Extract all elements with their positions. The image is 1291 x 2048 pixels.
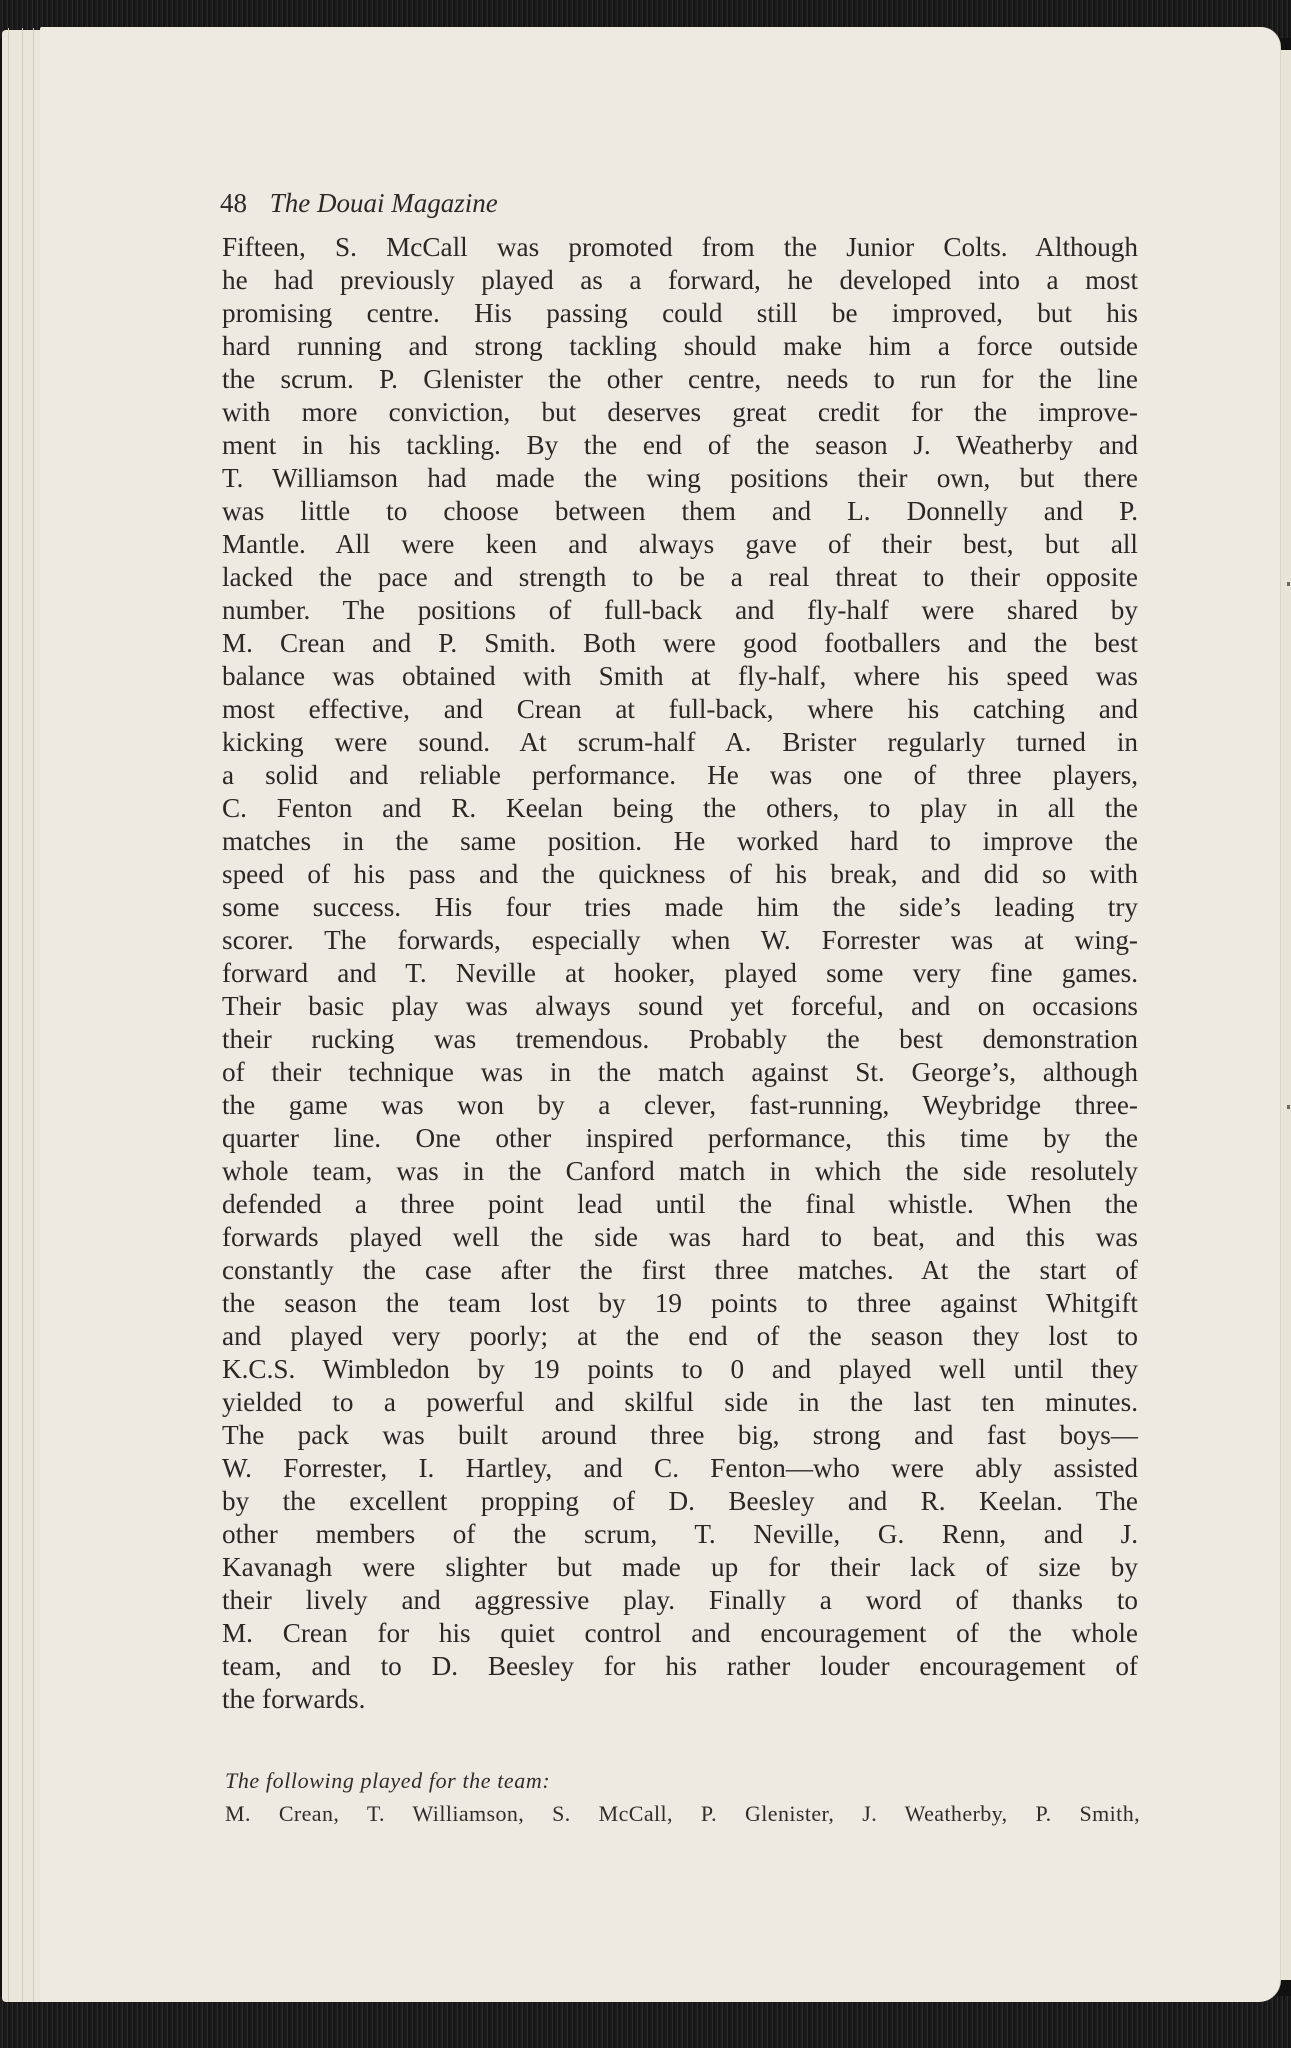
text-line: T. Williamson had made the wing position… — [222, 462, 1138, 495]
text-line: some success. His four tries made him th… — [222, 891, 1138, 924]
text-line: their rucking was tremendous. Probably t… — [222, 1023, 1138, 1056]
text-line: hard running and strong tackling should … — [222, 330, 1138, 363]
text-line: Mantle. All were keen and always gave of… — [222, 528, 1138, 561]
text-line: kicking were sound. At scrum-half A. Bri… — [222, 726, 1138, 759]
page-edge-line — [8, 28, 9, 2002]
page-edge-line — [33, 28, 34, 2002]
text-line: whole team, was in the Canford match in … — [222, 1155, 1138, 1188]
text-line: he had previously played as a forward, h… — [222, 264, 1138, 297]
text-line: K.C.S. Wimbledon by 19 points to 0 and p… — [222, 1353, 1138, 1386]
text-line: ment in his tackling. By the end of the … — [222, 429, 1138, 462]
text-line: promising centre. His passing could stil… — [222, 297, 1138, 330]
text-line: Their basic play was always sound yet fo… — [222, 990, 1138, 1023]
text-line: scorer. The forwards, especially when W.… — [222, 924, 1138, 957]
article-body: Fifteen, S. McCall was promoted from the… — [222, 231, 1138, 1716]
text-line: most effective, and Crean at full-back, … — [222, 693, 1138, 726]
page-number: 48 — [220, 188, 247, 218]
text-line: their lively and aggressive play. Finall… — [222, 1584, 1138, 1617]
text-line: M. Crean and P. Smith. Both were good fo… — [222, 627, 1138, 660]
scanned-page-spread: 48 The Douai Magazine Fifteen, S. McCall… — [0, 0, 1291, 2048]
text-line: team, and to D. Beesley for his rather l… — [222, 1650, 1138, 1683]
text-line: the game was won by a clever, fast-runni… — [222, 1089, 1138, 1122]
margin-speck — [1287, 1105, 1290, 1109]
text-line: Fifteen, S. McCall was promoted from the… — [222, 231, 1138, 264]
text-line: other members of the scrum, T. Neville, … — [222, 1518, 1138, 1551]
text-line: C. Fenton and R. Keelan being the others… — [222, 792, 1138, 825]
text-line: the scrum. P. Glenister the other centre… — [222, 363, 1138, 396]
text-line: speed of his pass and the quickness of h… — [222, 858, 1138, 891]
text-line: matches in the same position. He worked … — [222, 825, 1138, 858]
text-line: forwards played well the side was hard t… — [222, 1221, 1138, 1254]
text-line: the season the team lost by 19 points to… — [222, 1287, 1138, 1320]
text-line: constantly the case after the first thre… — [222, 1254, 1138, 1287]
text-line: Kavanagh were slighter but made up for t… — [222, 1551, 1138, 1584]
team-list-players: M. Crean, T. Williamson, S. McCall, P. G… — [225, 1801, 1140, 1827]
text-line: of their technique was in the match agai… — [222, 1056, 1138, 1089]
text-line: forward and T. Neville at hooker, played… — [222, 957, 1138, 990]
running-head: 48 The Douai Magazine — [220, 188, 498, 219]
text-line: yielded to a powerful and skilful side i… — [222, 1386, 1138, 1419]
text-line: defended a three point lead until the fi… — [222, 1188, 1138, 1221]
text-line: W. Forrester, I. Hartley, and C. Fenton—… — [222, 1452, 1138, 1485]
text-line: balance was obtained with Smith at fly-h… — [222, 660, 1138, 693]
book-binding-bottom — [0, 1996, 1291, 2048]
text-line: was little to choose between them and L.… — [222, 495, 1138, 528]
text-line: M. Crean for his quiet control and encou… — [222, 1617, 1138, 1650]
text-line: by the excellent propping of D. Beesley … — [222, 1485, 1138, 1518]
text-line: quarter line. One other inspired perform… — [222, 1122, 1138, 1155]
publication-title: The Douai Magazine — [270, 188, 498, 218]
text-line: with more conviction, but deserves great… — [222, 396, 1138, 429]
margin-speck — [1287, 582, 1290, 586]
text-line: a solid and reliable performance. He was… — [222, 759, 1138, 792]
text-line: and played very poorly; at the end of th… — [222, 1320, 1138, 1353]
team-list-caption: The following played for the team: — [225, 1768, 550, 1794]
text-line: lacked the pace and strength to be a rea… — [222, 561, 1138, 594]
page-edge-line — [22, 28, 23, 2002]
text-line: The pack was built around three big, str… — [222, 1419, 1138, 1452]
text-line: the forwards. — [222, 1683, 1138, 1716]
text-line: number. The positions of full-back and f… — [222, 594, 1138, 627]
